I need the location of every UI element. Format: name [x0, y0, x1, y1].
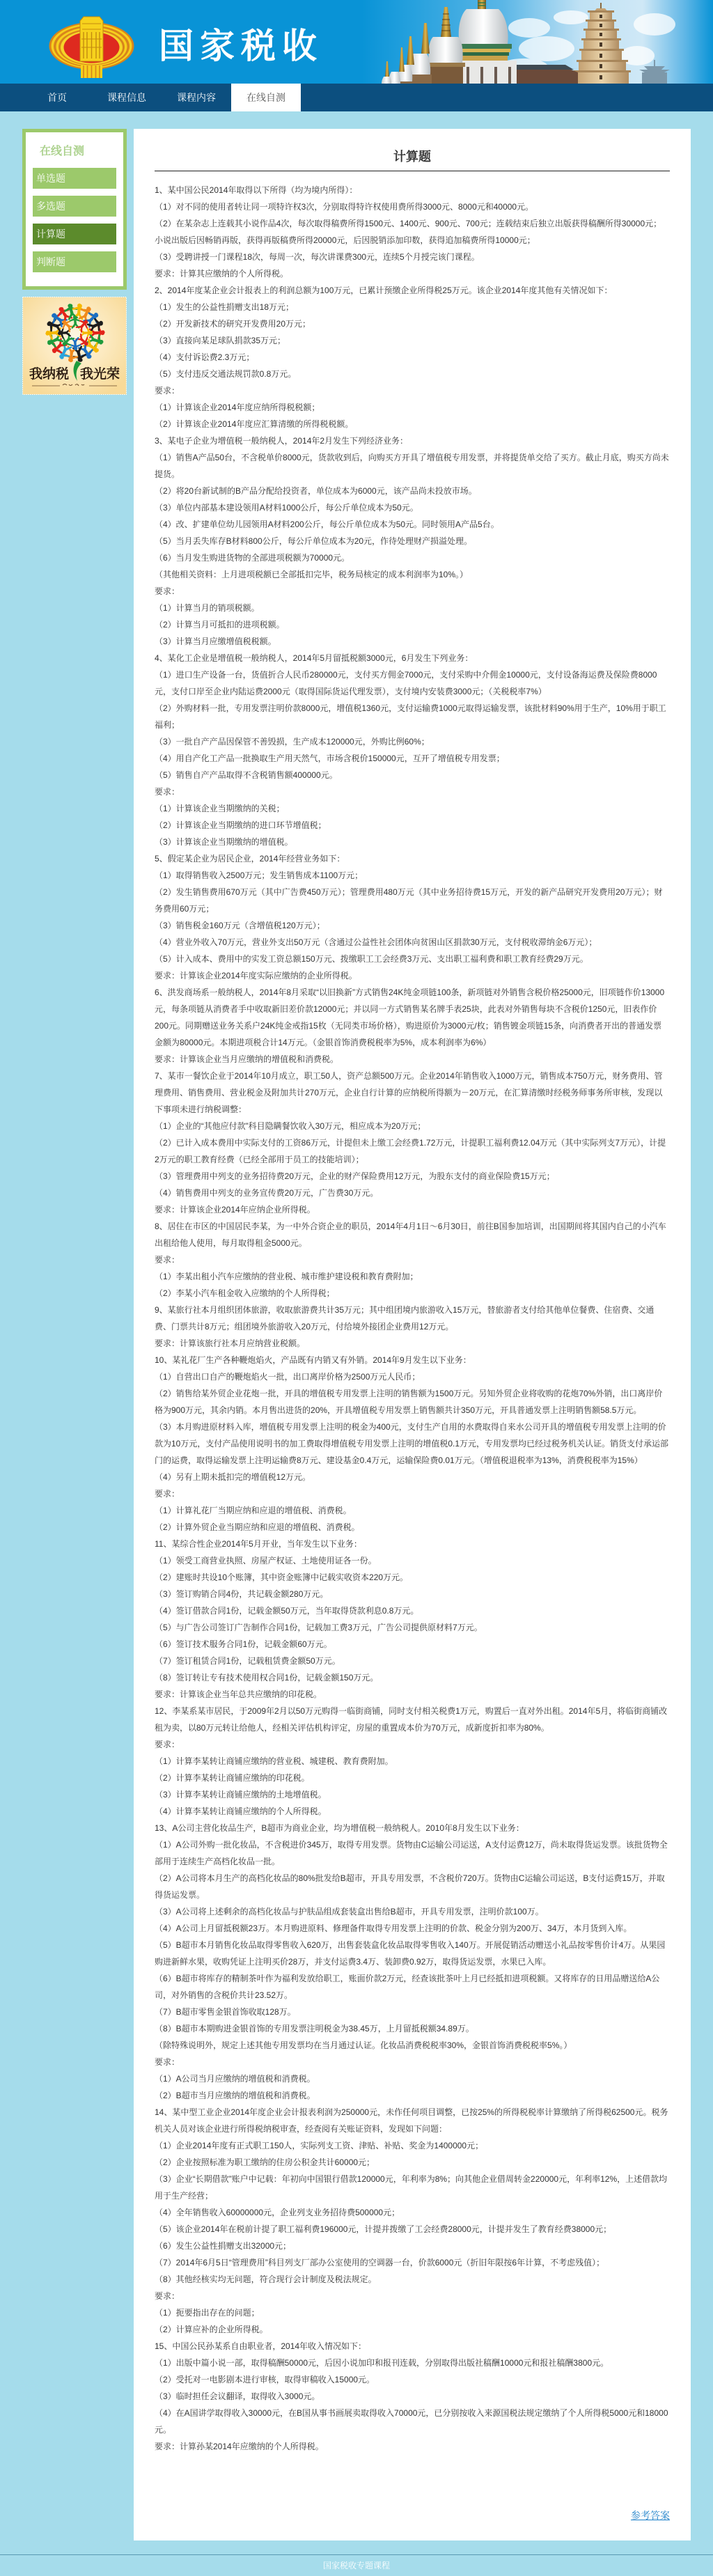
- question-text: 要求：: [155, 1485, 670, 1502]
- question-text: 要求：: [155, 1251, 670, 1268]
- question: 1、某中国公民2014年取得以下所得（均为境内所得）： （1）对不同的使用者转让…: [155, 182, 670, 282]
- sidebar: 在线自测 单选题 多选题 计算题 判断题: [22, 129, 127, 395]
- page-title: 计算题: [155, 146, 670, 167]
- question-text: （5）计入成本、费用中的实发工资总额150万元、拨缴职工工会经费3万元、支出职工…: [155, 951, 670, 967]
- question-text: （7）2014年6月5日“管理费用”科目列支厂部办公室使用的空调器一台，价款60…: [155, 2254, 670, 2271]
- question-text: （2）计算应补的企业所得税。: [155, 2321, 670, 2338]
- question-text: （8）其他经核实均无问题，符合现行会计制度及税法规定。: [155, 2271, 670, 2288]
- question-text: （3）单位内部基本建设领用A材料1000公斤，每公斤单位成本为50元。: [155, 499, 670, 516]
- question-text: （3）一批自产产品因保管不善毁损，生产成本120000元，外购比例60%；: [155, 733, 670, 750]
- question-text: （3）本月购进原材料入库，增值税专用发票上注明的税金为400元，支付生产自用的水…: [155, 1419, 670, 1469]
- question-text: （6）发生公益性捐赠支出32000元；: [155, 2238, 670, 2254]
- question: 5、假定某企业为居民企业，2014年经营业务如下： （1）取得销售收入2500万…: [155, 850, 670, 984]
- question-text: （7）B超市零售金银首饰收取128万。: [155, 2004, 670, 2020]
- question-text: （1）A公司外购一批化妆品，不含税进价345万，取得专用发票。货物由C运输公司运…: [155, 1836, 670, 1870]
- question: 2、2014年度某企业会计报表上的利润总额为100万元，已累计预缴企业所得税25…: [155, 282, 670, 432]
- question-text: （4）A公司上月留抵税额23万。本月购进原料、修理备件取得专用发票上注明的价款、…: [155, 1920, 670, 1937]
- question-text: 6、洪发商场系一般纳税人，2014年8月采取“以旧换新”方式销售24K纯金项链1…: [155, 984, 670, 1051]
- question-text: 14、某中型工业企业2014年度企业会计报表利润为250000元，未作任何项目调…: [155, 2104, 670, 2137]
- question-text: （8）签订转让专有技术使用权合同1份，记载金额150万元。: [155, 1669, 670, 1686]
- question-text: （3）受聘讲授一门课程18次，每周一次，每次讲课费300元，连续5个月授完该门课…: [155, 249, 670, 265]
- question-text: （4）营业外收入70万元，营业外支出50万元（含通过公益性社会团体向贫困山区捐款…: [155, 934, 670, 951]
- question: 4、某化工企业是增值税一般纳税人，2014年5月留抵税额3000元，6月发生下列…: [155, 650, 670, 850]
- question-text: 要求：计算该企业当月应缴纳的增值税和消费税。: [155, 1051, 670, 1068]
- sidebar-item-multiple-choice[interactable]: 多选题: [33, 196, 116, 217]
- question-text: （3）计算当月应缴增值税税额。: [155, 633, 670, 650]
- question-text: （4）全年销售收入60000000元，企业列支业务招待费500000元；: [155, 2204, 670, 2221]
- question-text: （3）销售税金160万元（含增值税120万元）；: [155, 917, 670, 934]
- question-text: 7、某市一餐饮企业于2014年10月成立，职工50人，资产总额500万元。企业2…: [155, 1068, 670, 1118]
- site-header: 国家税收: [0, 0, 713, 84]
- question-text: （1）出版中篇小说一部，取得稿酬50000元，后因小说加印和报刊连载，分别取得出…: [155, 2355, 670, 2371]
- tax-emblem-logo: [49, 15, 134, 78]
- question-text: （1）销售A产品50台，不含税单价8000元，货款收到后，向购买方开具了增值税专…: [155, 449, 670, 483]
- question: 3、某电子企业为增值税一般纳税人，2014年2月发生下列经济业务： （1）销售A…: [155, 432, 670, 650]
- question-text: （3）签订购销合同4份，共记载金额280万元。: [155, 1586, 670, 1602]
- reference-answer-link[interactable]: 参考答案: [631, 2510, 670, 2521]
- question-text: （1）对不同的使用者转让同一项特许权3次，分别取得特许权使用费所得3000元、8…: [155, 198, 670, 215]
- site-footer: 国家税收专题课程: [0, 2554, 713, 2576]
- question-text: （2）计算该企业当期缴纳的进口环节增值税；: [155, 817, 670, 834]
- question-text: （2）计算当月可抵扣的进项税额。: [155, 616, 670, 633]
- question-text: （1）计算礼花厂当期应纳和应退的增值税、消费税。: [155, 1502, 670, 1519]
- question-text: 要求：: [155, 783, 670, 800]
- question: 9、某旅行社本月组织团体旅游，收取旅游费共计35万元；其中组团境内旅游收入15万…: [155, 1302, 670, 1352]
- site-title: 国家税收: [159, 25, 323, 67]
- question-text: 5、假定某企业为居民企业，2014年经营业务如下：: [155, 850, 670, 867]
- question-text: （4）在A国讲学取得收入30000元，在B国从事书画展卖取得收入70000元，已…: [155, 2405, 670, 2438]
- sidebar-item-true-false[interactable]: 判断题: [33, 251, 116, 272]
- question-text: （1）企业的“其他应付款”科目隐瞒餐饮收入30万元，相应成本为20万元；: [155, 1118, 670, 1134]
- question-text: （2）销售给某外贸企业花炮一批，开具的增值税专用发票上注明的销售额为1500万元…: [155, 1385, 670, 1419]
- sidebar-item-calculation[interactable]: 计算题: [33, 224, 116, 244]
- question-text: （4）签订借款合同1份，记载金额50万元，当年取得贷款利息0.8万元。: [155, 1602, 670, 1619]
- question-text: （2）建账时共设10个账簿，其中资金账簿中记载实收资本220万元。: [155, 1569, 670, 1586]
- question-text: 1、某中国公民2014年取得以下所得（均为境内所得）：: [155, 182, 670, 198]
- question-text: 要求：: [155, 382, 670, 399]
- question: 10、某礼花厂生产各种鞭炮焰火，产品既有内销又有外销。2014年9月发生以下业务…: [155, 1352, 670, 1536]
- question-text: （5）与广告公司签订广告制作合同1份，记载加工费3万元，广告公司提供原材料7万元…: [155, 1619, 670, 1636]
- question-text: （2）发生销售费用670万元（其中广告费450万元）；管理费用480万元（其中业…: [155, 884, 670, 917]
- question-text: 8、居住在市区的中国居民李某，为一中外合资企业的职员，2014年4月1日～6月3…: [155, 1218, 670, 1251]
- question-text: 要求：: [155, 583, 670, 600]
- question-text: 11、某综合性企业2014年5月开业，当年发生以下业务：: [155, 1536, 670, 1552]
- pagoda-skyline-image: [362, 0, 713, 84]
- question-text: （3）计算该企业当期缴纳的增值税。: [155, 834, 670, 850]
- sidebar-menu: 在线自测 单选题 多选题 计算题 判断题: [22, 129, 127, 290]
- question-text: （1）计算当月的销项税额。: [155, 600, 670, 616]
- question-text: 10、某礼花厂生产各种鞭炮焰火，产品既有内销又有外销。2014年9月发生以下业务…: [155, 1352, 670, 1368]
- question-text: （2）计算外贸企业当期应纳和应退的增值税、消费税。: [155, 1519, 670, 1536]
- question-text: （1）企业2014年度有正式职工150人，实际列支工资、津贴、补贴、奖金为140…: [155, 2137, 670, 2154]
- question-text: （5）B超市本月销售化妆品取得零售收入620万，出售套装盒化妆品取得零售收入14…: [155, 1937, 670, 1970]
- question-text: （5）该企业2014年在税前计提了职工福利费196000元，计提并拨缴了工会经费…: [155, 2221, 670, 2238]
- question: 11、某综合性企业2014年5月开业，当年发生以下业务： （1）领受工商营业执照…: [155, 1536, 670, 1703]
- question-text: （1）扼要指出存在的问题；: [155, 2304, 670, 2321]
- question: 12、李某系某市居民，于2009年2月以50万元购得一临街商铺，同时支付相关税费…: [155, 1703, 670, 1820]
- sidebar-title: 在线自测: [33, 143, 123, 160]
- question-text: 4、某化工企业是增值税一般纳税人，2014年5月留抵税额3000元，6月发生下列…: [155, 650, 670, 666]
- question-text: （1）进口生产设备一台，货值折合人民币280000元，支付买方佣金7000元，支…: [155, 666, 670, 700]
- question-text: （6）当月发生购进货物的全部进项税额为70000元。: [155, 549, 670, 566]
- slogan-right: 我光荣: [80, 366, 120, 382]
- question-text: （1）李某出租小汽车应缴纳的营业税、城市维护建设税和教育费附加；: [155, 1268, 670, 1285]
- question-text: 9、某旅行社本月组织团体旅游，收取旅游费共计35万元；其中组团境内旅游收入15万…: [155, 1302, 670, 1335]
- question-text: （7）签订租赁合同1份，记载租赁费金额50万元。: [155, 1653, 670, 1669]
- question-text: （1）计算该企业2014年度应纳所得税税额；: [155, 399, 670, 416]
- question-text: （2）计算该企业2014年度应汇算清缴的所得税税额。: [155, 416, 670, 432]
- answer-row: 参考答案: [155, 2455, 670, 2524]
- question-text: （4）销售费用中列支的业务宣传费20万元，广告费30万元。: [155, 1185, 670, 1201]
- question-text: （1）计算李某转让商铺应缴纳的营业税、城建税、教育费附加。: [155, 1753, 670, 1770]
- question-text: （5）当月丢失库存B材料800公斤，每公斤单位成本为20元，作待处理财产损溢处理…: [155, 533, 670, 549]
- question-text: （1）A公司当月应缴纳的增值税和消费税。: [155, 2070, 670, 2087]
- question: 6、洪发商场系一般纳税人，2014年8月采取“以旧换新”方式销售24K纯金项链1…: [155, 984, 670, 1068]
- question-text: （5）销售自产产品取得不含税销售额400000元。: [155, 767, 670, 783]
- question-text: 要求：: [155, 2054, 670, 2070]
- question-text: （2）企业按照标准为职工缴纳的住房公积金共计60000元；: [155, 2154, 670, 2171]
- question-text: 要求：计算该企业2014年度实际应缴纳的企业所得税。: [155, 967, 670, 984]
- question: 15、中国公民孙某系自由职业者，2014年收入情况如下： （1）出版中篇小说一部…: [155, 2338, 670, 2455]
- nav-item-course-content[interactable]: 课程内容: [162, 84, 231, 111]
- content-panel: 计算题 1、某中国公民2014年取得以下所得（均为境内所得）： （1）对不同的使…: [134, 129, 691, 2540]
- nav-item-course-info[interactable]: 课程信息: [92, 84, 162, 111]
- question-text: （2）已计入成本费用中实际支付的工资86万元，计提但未上缴工会经费1.72万元，…: [155, 1134, 670, 1168]
- question: 13、A公司主营化妆品生产，B超市为商业企业，均为增值税一般纳税人。2010年8…: [155, 1820, 670, 2104]
- question-text: （8）B超市本期购进金银首饰的专用发票注明税金为38.45万，上月留抵税额34.…: [155, 2020, 670, 2037]
- question-text: （2）外购材料一批，专用发票注明价款8000元，增值税1360元，支付运输费10…: [155, 700, 670, 733]
- question-text: （4）改、扩建单位幼儿园领用A材料200公斤，每公斤单位成本为50元。同时领用A…: [155, 516, 670, 533]
- question-text: 要求：: [155, 1736, 670, 1753]
- question-text: 13、A公司主营化妆品生产，B超市为商业企业，均为增值税一般纳税人。2010年8…: [155, 1820, 670, 1836]
- question-text: （1）取得销售收入2500万元；发生销售成本1100万元；: [155, 867, 670, 884]
- question-text: 3、某电子企业为增值税一般纳税人，2014年2月发生下列经济业务：: [155, 432, 670, 449]
- question-text: （5）支付违反交通法规罚款0.8万元。: [155, 366, 670, 382]
- question-text: （1）领受工商营业执照、房屋产权证、土地使用证各一份。: [155, 1552, 670, 1569]
- question-text: （1）发生的公益性捐赠支出18万元；: [155, 299, 670, 315]
- question-text: 15、中国公民孙某系自由职业者，2014年收入情况如下：: [155, 2338, 670, 2355]
- question-text: （2）在某杂志上连载其小说作品4次，每次取得稿费所得1500元、1400元、90…: [155, 215, 670, 249]
- question-text: （3）A公司将上述剩余的高档化妆品与护肤品组成套装盒出售给B超市，开具专用发票，…: [155, 1903, 670, 1920]
- main-nav: 首页 课程信息 课程内容 在线自测: [0, 84, 713, 111]
- page-layout: 在线自测 单选题 多选题 计算题 判断题: [0, 111, 713, 2540]
- question-text: （6）签订技术服务合同1份，记载金额60万元。: [155, 1636, 670, 1653]
- question-text: （2）计算李某转让商铺应缴纳的印花税。: [155, 1770, 670, 1786]
- question-text: （3）直接向某足球队捐款35万元；: [155, 332, 670, 349]
- question-text: （2）将20台新试制的B产品分配给投资者，单位成本为6000元，该产品尚未投放市…: [155, 483, 670, 499]
- nav-item-self-test[interactable]: 在线自测: [231, 84, 301, 111]
- question: 8、居住在市区的中国居民李某，为一中外合资企业的职员，2014年4月1日～6月3…: [155, 1218, 670, 1302]
- question-text: （6）B超市将库存的精制茶叶作为福利发放给职工，账面价款2万元，经查该批茶叶上月…: [155, 1970, 670, 2004]
- question-text: （3）计算李某转让商铺应缴纳的土地增值税。: [155, 1786, 670, 1803]
- question-text: （3）管理费用中列支的业务招待费20万元，企业的财产保险费用12万元，为股东支付…: [155, 1168, 670, 1185]
- question-text: 要求：计算该企业2014年应纳企业所得税。: [155, 1201, 670, 1218]
- question-text: （2）B超市当月应缴纳的增值税和消费税。: [155, 2087, 670, 2104]
- slogan-left: 我纳税: [29, 366, 69, 382]
- question-text: （除特殊说明外，规定上述其他专用发票均在当月通过认证。化妆品消费税税率30%，金…: [155, 2037, 670, 2054]
- sidebar-item-single-choice[interactable]: 单选题: [33, 168, 116, 189]
- question: 7、某市一餐饮企业于2014年10月成立，职工50人，资产总额500万元。企业2…: [155, 1068, 670, 1218]
- question-text: （2）开发新技术的研究开发费用20万元；: [155, 315, 670, 332]
- question-text: （4）另有上期未抵扣完的增值税12万元。: [155, 1469, 670, 1485]
- question-text: （2）受托对一电影剧本进行审核，取得审稿收入15000元。: [155, 2371, 670, 2388]
- question-list: 1、某中国公民2014年取得以下所得（均为境内所得）： （1）对不同的使用者转让…: [155, 182, 670, 2455]
- question-text: （3）企业“长期借款”账户中记载：年初向中国银行借款120000元，年利率为8%…: [155, 2171, 670, 2204]
- question-text: （其他相关资料：上月进项税额已全部抵扣完毕，税务局核定的成本利润率为10%。）: [155, 566, 670, 583]
- tax-slogan-banner: 我纳税 我光荣: [22, 297, 127, 395]
- question-text: （4）支付诉讼费2.3万元；: [155, 349, 670, 366]
- question-text: 要求：计算孙某2014年应缴纳的个人所得税。: [155, 2438, 670, 2455]
- question-text: 12、李某系某市居民，于2009年2月以50万元购得一临街商铺，同时支付相关税费…: [155, 1703, 670, 1736]
- question-text: 要求：: [155, 2288, 670, 2304]
- question-text: （1）计算该企业当期缴纳的关税；: [155, 800, 670, 817]
- question-text: （3）临时担任会议翻译，取得收入3000元。: [155, 2388, 670, 2405]
- question: 14、某中型工业企业2014年度企业会计报表利润为250000元，未作任何项目调…: [155, 2104, 670, 2338]
- nav-item-home[interactable]: 首页: [22, 84, 92, 111]
- title-divider: [155, 171, 670, 171]
- question-text: 要求：计算该旅行社本月应纳营业税额。: [155, 1335, 670, 1352]
- question-text: 2、2014年度某企业会计报表上的利润总额为100万元，已累计预缴企业所得税25…: [155, 282, 670, 299]
- question-text: （2）李某小汽车租金收入应缴纳的个人所得税；: [155, 1285, 670, 1302]
- question-text: 要求：计算该企业当年总共应缴纳的印花税。: [155, 1686, 670, 1703]
- question-text: 要求：计算其应缴纳的个人所得税。: [155, 265, 670, 282]
- question-text: （4）用自产化工产品一批换取生产用天然气，市场含税价150000元，互开了增值税…: [155, 750, 670, 767]
- question-text: （4）计算李某转让商铺应缴纳的个人所得税。: [155, 1803, 670, 1820]
- question-text: （2）A公司将本月生产的高档化妆品的80%批发给B超市，开具专用发票，不含税价7…: [155, 1870, 670, 1903]
- question-text: （1）自营出口自产的鞭炮焰火一批，出口离岸价格为2500万元人民币；: [155, 1368, 670, 1385]
